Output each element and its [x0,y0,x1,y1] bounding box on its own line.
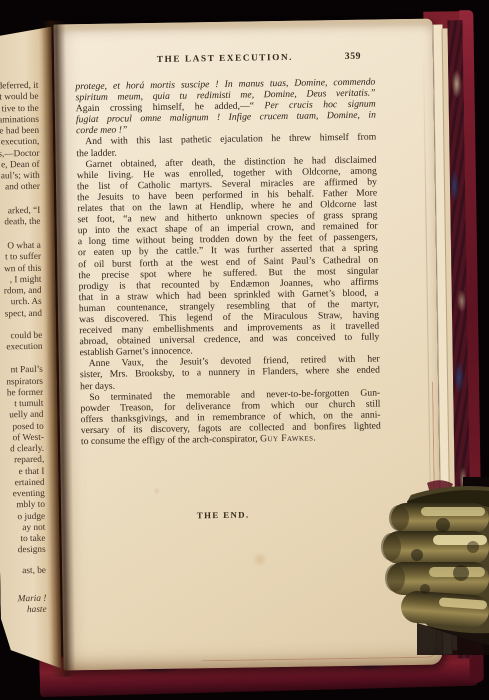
text-fragment-line: Maria ! [0,594,46,606]
text-fragment-line: rdom, and [0,286,42,298]
running-header: THE LAST EXECUTION. 359 [75,51,375,70]
text-segment: her days. [80,380,115,392]
clasp-patina [436,518,450,532]
text-fragment-line: t tumult [0,399,43,411]
clasp-patina [411,549,423,561]
text-fragment-line: s execution, [0,137,39,149]
clasp-patina [420,584,430,594]
page-number: 359 [345,51,361,62]
brass-clasp [377,477,489,655]
paragraph: Garnet obtained, after death, the distin… [77,154,380,358]
text-fragment-line: repared, [0,455,44,467]
text-fragment-line: nt Paul’s [0,365,43,377]
text-fragment-line: spect, and [0,308,42,320]
text-fragment-line: deferred, it [0,81,38,93]
text-fragment-line: he former [0,388,43,400]
clasp-tip-shadow [381,533,401,561]
text-fragment-line: arked, “I [0,205,40,217]
text-fragment-line: t to suffer [0,252,41,264]
clasp-tip-shadow [389,505,409,531]
text-fragment-line: to take [0,534,46,546]
clasp-tip-shadow [385,564,405,592]
text-fragment-line: could be [0,331,42,343]
text-fragment-line: death, the [0,217,41,229]
text-fragment-line: posed to [0,421,44,433]
text-fragment-line: e had been [0,126,39,138]
text-fragment-line: aul’s; with [0,171,40,183]
paragraph: protege, et horá mortis suscipe ! In man… [75,77,376,137]
page-top-edge [53,19,432,34]
text-segment: corde meo !” [76,125,127,137]
text-segment: the ladder. [76,147,117,159]
text-fragment-line: eventing [0,489,45,501]
text-fragment-line: and other [0,182,40,194]
text-fragment-line: mbly to [0,500,45,512]
text-fragment-line: ast, be [0,565,46,577]
text-fragment-line: urch. As [0,297,42,309]
text-fragment-line: e that I [0,466,45,478]
clasp-patina [467,541,479,553]
text-fragment-line: s,—Doctor [0,148,40,160]
text-fragment-line: , I might [0,275,42,287]
text-fragment-line: wn of this [0,263,41,275]
text-fragment-line: d clearly. [0,444,44,456]
text-fragment-line: execution [0,342,43,354]
text-fragment-line: ertained [0,478,45,490]
text-fragment-line: ay not [0,523,45,535]
clasp-finger [400,590,489,628]
clasp-highlight [433,535,487,545]
text-fragment-line: e, Dean of [0,160,40,172]
text-fragment-line: of West- [0,433,44,445]
book-photo: deferred, itt would betive to thexaminat… [0,0,489,700]
page-title: THE LAST EXECUTION. [157,52,293,64]
clasp-highlight [421,507,485,516]
text-fragment-line: tive to the [0,103,39,115]
clasp-patina [453,565,469,581]
text-fragment-line: o judge [0,511,45,523]
text-fragment-line: xaminations [0,115,39,127]
text-fragment-line: nspirators [0,376,43,388]
text-fragment-line: haste [1,605,47,617]
text-fragment-line: t would be [0,92,39,104]
text-fragment-line: designs [0,545,46,557]
text-fragment-line: uelly and [0,410,44,422]
